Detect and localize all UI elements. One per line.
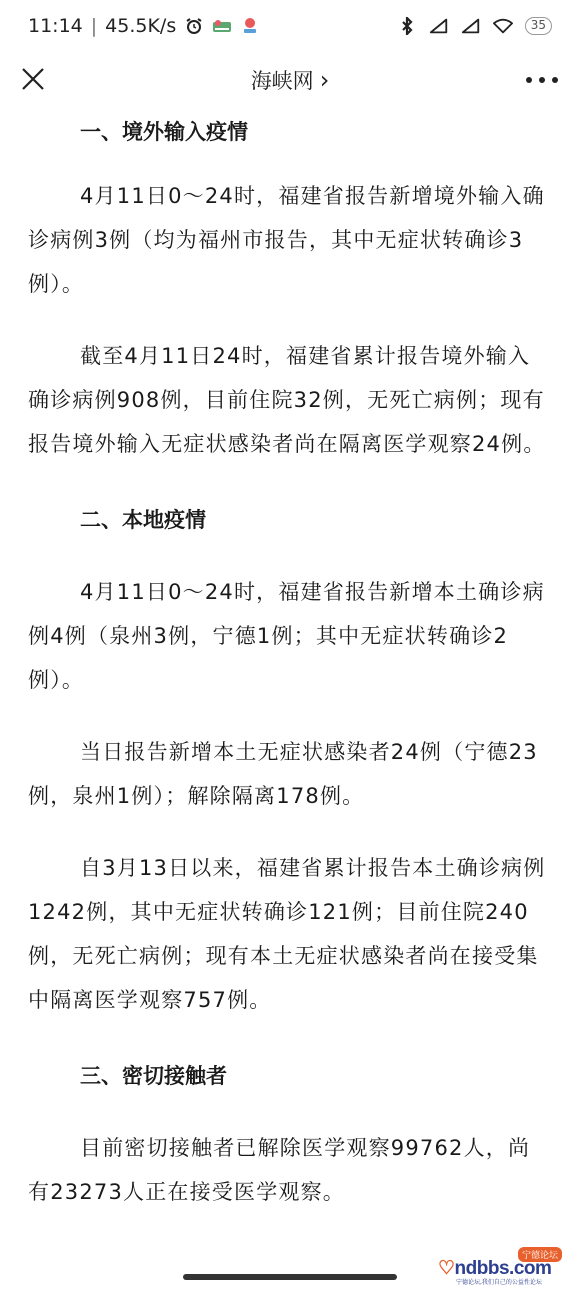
close-icon xyxy=(18,64,48,94)
watermark-domain: ndbbs.com xyxy=(455,1258,552,1279)
status-separator: | xyxy=(91,15,97,37)
more-icon-dot xyxy=(526,77,532,83)
paragraph: 截至4月11日24时，福建省累计报告境外输入确诊病例908例，目前住院32例，无… xyxy=(28,334,552,466)
app-notification-icon xyxy=(212,16,232,36)
page-title: 海峡网 xyxy=(251,65,314,95)
status-left: 11:14 | 45.5K/s xyxy=(28,15,260,37)
paragraph: 目前密切接触者已解除医学观察99762人，尚有23273人正在接受医学观察。 xyxy=(28,1126,552,1214)
article-body: 一、境外输入疫情 4月11日0～24时，福建省报告新增境外输入确诊病例3例（均为… xyxy=(0,108,580,1214)
status-right: 35 xyxy=(397,16,552,36)
paragraph: 当日报告新增本土无症状感染者24例（宁德23例，泉州1例）；解除隔离178例。 xyxy=(28,730,552,818)
more-button[interactable] xyxy=(526,66,558,94)
section-heading: 三、密切接触者 xyxy=(28,1060,552,1090)
nav-bar: 海峡网 › xyxy=(0,52,580,108)
paragraph: 自3月13日以来，福建省累计报告本土确诊病例1242例，其中无症状转确诊121例… xyxy=(28,846,552,1022)
paragraph: 4月11日0～24时，福建省报告新增境外输入确诊病例3例（均为福州市报告，其中无… xyxy=(28,174,552,306)
paragraph: 4月11日0～24时，福建省报告新增本土确诊病例4例（泉州3例，宁德1例；其中无… xyxy=(28,570,552,702)
more-icon-dot xyxy=(539,77,545,83)
close-button[interactable] xyxy=(18,64,48,94)
section-heading: 一、境外输入疫情 xyxy=(28,116,552,146)
watermark-logo: 宁德论坛 ♡ndbbs.com 宁德论坛,我们自己的公益性论坛 xyxy=(426,1247,566,1283)
signal-icon xyxy=(429,16,449,36)
watermark-subtext: 宁德论坛,我们自己的公益性论坛 xyxy=(456,1277,542,1286)
battery-indicator: 35 xyxy=(525,17,552,35)
signal-icon-2 xyxy=(461,16,481,36)
section-heading: 二、本地疫情 xyxy=(28,504,552,534)
heart-icon: ♡ xyxy=(438,1258,455,1279)
alarm-icon xyxy=(184,16,204,36)
status-bar: 11:14 | 45.5K/s 35 xyxy=(0,0,580,52)
more-icon-dot xyxy=(552,77,558,83)
map-notification-icon xyxy=(240,16,260,36)
network-speed: 45.5K/s xyxy=(105,15,176,37)
chevron-right-icon: › xyxy=(320,66,330,94)
home-indicator[interactable] xyxy=(183,1274,397,1280)
status-time: 11:14 xyxy=(28,15,83,37)
bluetooth-icon xyxy=(397,16,417,36)
source-title-link[interactable]: 海峡网 › xyxy=(251,65,330,95)
wifi-icon xyxy=(493,16,513,36)
